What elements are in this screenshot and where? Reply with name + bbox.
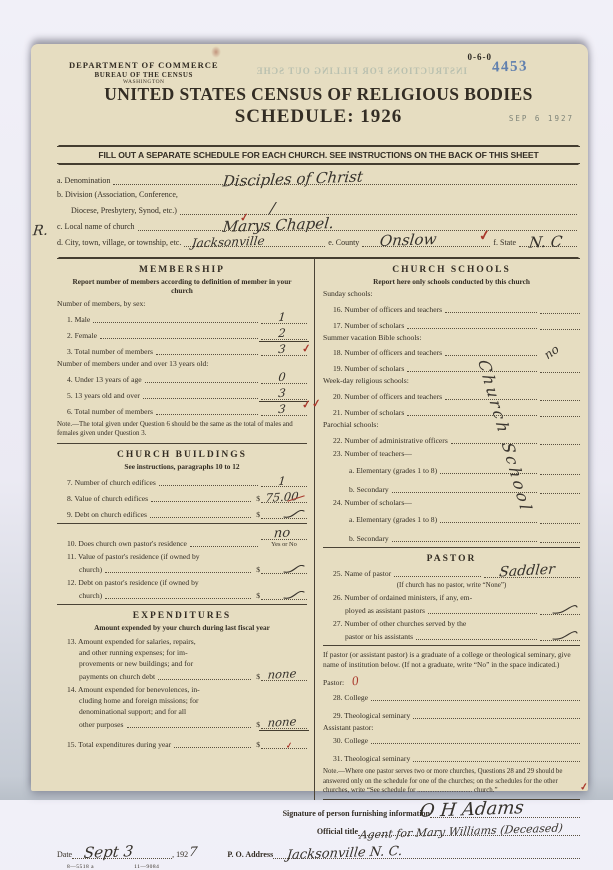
- form-subtitle: SCHEDULE: 1926: [57, 106, 580, 128]
- question-label: 28. College: [333, 693, 368, 702]
- answer-line: / ✓: [180, 204, 577, 215]
- dotted-leader: [174, 746, 251, 748]
- buildings-subtitle: See instructions, paragraphs 10 to 12: [63, 462, 301, 471]
- group-heading: Sunday schools:: [323, 289, 580, 298]
- answer-line: Disciples of Christ: [113, 174, 577, 185]
- question-row-24b: b. Secondary: [323, 531, 580, 543]
- dollar-sign: $: [256, 565, 260, 574]
- question-label: 4. Under 13 years of age: [67, 375, 142, 384]
- question-label: church): [79, 591, 102, 600]
- question-label: other purposes: [79, 720, 124, 729]
- question-label: 9. Debt on church edifices: [67, 510, 147, 519]
- answer-cell: ✓: [261, 737, 307, 749]
- handwritten-answer: 3: [277, 344, 285, 356]
- question-row-21: 21. Number of scholars: [323, 405, 580, 417]
- dotted-leader: [145, 381, 258, 383]
- question-label: 16. Number of officers and teachers: [333, 305, 442, 314]
- field-division: b. Division (Association, Conference,: [57, 190, 580, 199]
- question-label: 20. Number of officers and teachers: [333, 392, 442, 401]
- question-row-3: 3. Total number of members 3 ✓: [57, 344, 307, 356]
- answer-cell: [540, 629, 580, 641]
- question-24-label: 24. Number of scholars—: [323, 497, 580, 508]
- form-columns: MEMBERSHIP Report number of members acco…: [57, 258, 580, 800]
- section-divider: [57, 604, 307, 605]
- question-row-1: 1. Male 1: [57, 312, 307, 324]
- question-row-23b: b. Secondary: [323, 482, 580, 494]
- graduate-instructions: If pastor (or assistant pastor) is a gra…: [323, 650, 580, 670]
- question-row-18: 18. Number of officers and teachers no: [323, 346, 580, 357]
- handwritten-answer: no: [273, 527, 290, 541]
- answer-cell: [540, 361, 580, 373]
- question-label: 22. Number of administrative officers: [333, 436, 448, 445]
- answer-cell: none: [261, 717, 307, 729]
- dotted-leader: [392, 540, 537, 542]
- answer-cell: [540, 482, 580, 494]
- dotted-leader: [407, 370, 537, 372]
- section-divider: [323, 645, 580, 646]
- field-label: a. Denomination: [57, 176, 110, 185]
- question-label: 10. Does church own pastor's residence: [67, 539, 187, 548]
- question-row-25: 25. Name of pastor Saddler: [323, 566, 580, 578]
- handwritten-church-name: Marys Chapel.: [221, 216, 334, 235]
- red-check-icon: ✓: [301, 343, 312, 355]
- question-12-line1: 12. Debt on pastor's residence (if owned…: [57, 577, 307, 588]
- answer-cell: [540, 318, 580, 330]
- handwritten-answer: 1: [277, 312, 285, 324]
- pastor-sub-label: Pastor: 0: [323, 673, 580, 689]
- question-label: 19. Number of scholars: [333, 364, 404, 373]
- handwritten-county: Onslow: [379, 232, 437, 249]
- field-city-county-state: d. City, town, village, or township, etc…: [57, 236, 580, 247]
- handwritten-answer: none: [267, 716, 297, 729]
- question-row-4: 4. Under 13 years of age 0: [57, 372, 307, 384]
- field-label: b. Division (Association, Conference,: [57, 190, 178, 199]
- answer-cell: [540, 405, 580, 417]
- question-label: 8. Value of church edifices: [67, 494, 148, 503]
- identification-section: R. a. Denomination Disciples of Christ b…: [57, 164, 580, 256]
- red-check-icon: ✓: [301, 399, 312, 411]
- field-label: d. City, town, village, or township, etc…: [57, 238, 181, 247]
- question-row-17: 17. Number of scholars: [323, 318, 580, 330]
- answer-cell: 0: [261, 372, 307, 384]
- question-label: 29. Theological seminary: [333, 711, 410, 720]
- question-row-7: 7. Number of church edifices 1: [57, 475, 307, 487]
- answer-cell: [540, 603, 580, 615]
- question-row-16: 16. Number of officers and teachers: [323, 302, 580, 314]
- question-label: 25. Name of pastor: [333, 569, 391, 578]
- dotted-leader: [428, 612, 537, 614]
- red-zero-mark: 0: [351, 673, 359, 690]
- serial-number-stamp: 4453: [492, 58, 529, 76]
- question-row-28: 28. College: [323, 693, 580, 702]
- answer-cell: 3: [261, 388, 307, 400]
- pastor-note: Note.—Where one pastor serves two or mor…: [323, 767, 580, 795]
- dotted-leader: [416, 638, 537, 640]
- answer-cell: 3 ✓ ✓: [261, 404, 307, 416]
- dollar-sign: $: [256, 494, 260, 503]
- question-row-15: 15. Total expenditures during year $ ✓: [57, 737, 307, 749]
- group-heading: Summer vacation Bible schools:: [323, 333, 580, 342]
- group-heading: Number of members under and over 13 year…: [57, 359, 307, 368]
- field-label: Diocese, Presbytery, Synod, etc.): [71, 206, 177, 215]
- dotted-leader: [156, 413, 258, 415]
- handwritten-division: /: [269, 201, 276, 216]
- dotted-leader: [105, 571, 251, 573]
- question-row-23a: a. Elementary (grades 1 to 8): [323, 463, 580, 475]
- dotted-leader: [159, 484, 258, 486]
- question-row-22: 22. Number of administrative officers: [323, 433, 580, 445]
- question-11-line1: 11. Value of pastor's residence (if owne…: [57, 551, 307, 562]
- handwritten-denomination: Disciples of Christ: [222, 170, 364, 190]
- buildings-title: CHURCH BUILDINGS: [57, 450, 307, 460]
- answer-cell: [540, 531, 580, 543]
- question-label: b. Secondary: [349, 534, 389, 543]
- question-label: b. Secondary: [349, 485, 389, 494]
- question-label: 1. Male: [67, 315, 90, 324]
- dotted-leader: [371, 742, 580, 744]
- question-label: ployed as assistant pastors: [345, 606, 425, 615]
- question-11-line2: church) $: [57, 562, 307, 574]
- handwritten-answer: 2: [277, 328, 285, 340]
- field-label: e. County: [328, 238, 359, 247]
- section-divider: [57, 443, 307, 444]
- dotted-leader: [394, 575, 481, 577]
- question-label: 3. Total number of members: [67, 347, 153, 356]
- dotted-leader: [445, 311, 537, 313]
- dollar-sign: $: [256, 510, 260, 519]
- question-row-24a: a. Elementary (grades 1 to 8): [323, 512, 580, 524]
- dotted-leader: [371, 699, 580, 701]
- pastor-label: Pastor:: [323, 678, 344, 687]
- answer-line: N. C: [519, 236, 577, 247]
- dotted-leader: [440, 521, 537, 523]
- left-column: MEMBERSHIP Report number of members acco…: [57, 259, 315, 800]
- dotted-leader: [150, 516, 251, 518]
- question-row-8: 8. Value of church edifices $ 75.00: [57, 491, 307, 503]
- bleed-through-text: INSTRUCTIONS FOR FILLING OUT SCHE: [207, 66, 467, 76]
- census-form-paper: INSTRUCTIONS FOR FILLING OUT SCHE DEPART…: [31, 44, 588, 791]
- dotted-leader: [156, 353, 258, 355]
- assistant-pastor-label: Assistant pastor:: [323, 723, 580, 732]
- dotted-leader: [127, 726, 252, 728]
- handwritten-city: Jacksonville: [192, 235, 266, 250]
- dotted-leader: [407, 414, 537, 416]
- answer-line: Marys Chapel.: [138, 220, 577, 231]
- agency-bureau: BUREAU OF THE CENSUS: [69, 71, 219, 80]
- field-denomination: a. Denomination Disciples of Christ: [57, 174, 580, 185]
- membership-title: MEMBERSHIP: [57, 265, 307, 275]
- question-label: church): [79, 565, 102, 574]
- red-tick-icon: ✓: [286, 741, 294, 750]
- question-row-5: 5. 13 years old and over 3: [57, 388, 307, 400]
- answer-cell: [261, 562, 307, 574]
- question-14-line2: cluding home and foreign missions; for: [57, 695, 307, 706]
- question-label: 30. College: [333, 736, 368, 745]
- dotted-leader: [158, 678, 251, 680]
- answer-cell: 3 ✓: [261, 344, 307, 356]
- membership-subtitle: Report number of members according to de…: [63, 277, 301, 296]
- dotted-leader: [143, 397, 258, 399]
- question-row-20: 20. Number of officers and teachers: [323, 389, 580, 401]
- answer-cell: no: [261, 528, 307, 540]
- question-label: 2. Female: [67, 331, 97, 340]
- dollar-sign: $: [256, 740, 260, 749]
- question-27-line2: pastor or his assistants: [323, 629, 580, 641]
- answer-line: Jacksonville: [184, 236, 325, 247]
- dotted-leader: [100, 337, 258, 339]
- question-label: payments on church debt: [79, 672, 155, 681]
- question-row-31: 31. Theological seminary: [323, 754, 580, 763]
- answer-cell: [540, 433, 580, 445]
- question-14-line4: other purposes $ none: [57, 717, 307, 729]
- question-row-10: 10. Does church own pastor's residence n…: [57, 528, 307, 548]
- agency-name: DEPARTMENT OF COMMERCE: [69, 60, 219, 71]
- question-26-line1: 26. Number of ordained ministers, if any…: [323, 592, 580, 603]
- question-label: a. Elementary (grades 1 to 8): [349, 466, 437, 475]
- question-label: 6. Total number of members: [67, 407, 153, 416]
- answer-cell: [540, 302, 580, 314]
- pastor-note-text: Note.—Where one pastor serves two or mor…: [323, 768, 562, 794]
- schools-title: CHURCH SCHOOLS: [323, 265, 580, 275]
- question-13-line2: and other running expenses; for im-: [57, 647, 307, 658]
- pen-check-stroke-icon: [552, 631, 578, 640]
- group-heading: Number of members, by sex:: [57, 299, 307, 308]
- question-row-30: 30. College: [323, 736, 580, 745]
- answer-line: Onslow ✓: [362, 236, 490, 247]
- question-label: 31. Theological seminary: [333, 754, 410, 763]
- section-divider: [57, 523, 307, 524]
- expenditures-subtitle: Amount expended by your church during la…: [63, 623, 301, 632]
- pen-check-stroke-icon: [283, 510, 305, 518]
- agency-block: DEPARTMENT OF COMMERCE BUREAU OF THE CEN…: [69, 60, 219, 86]
- question-label: 15. Total expenditures during year: [67, 740, 171, 749]
- answer-cell: [540, 463, 580, 475]
- pastor-hint: (If church has no pastor, write “None”): [323, 581, 580, 589]
- dotted-leader: [413, 717, 580, 719]
- field-label: c. Local name of church: [57, 222, 135, 231]
- dotted-leader: [445, 354, 537, 356]
- question-14-line1: 14. Amount expended for benevolences, in…: [57, 684, 307, 695]
- question-27-line1: 27. Number of other churches served by t…: [323, 618, 580, 629]
- yes-no-answer: no Yes or No: [261, 528, 307, 548]
- yes-or-no-hint: Yes or No: [261, 541, 307, 548]
- received-date-stamp: SEP 6 1927: [509, 114, 574, 123]
- red-check-icon: ✓: [478, 229, 492, 244]
- dotted-leader: [105, 597, 251, 599]
- question-label: 21. Number of scholars: [333, 408, 404, 417]
- answer-cell: Saddler: [484, 566, 580, 578]
- pen-check-stroke-icon: [283, 591, 305, 599]
- question-row-19: 19. Number of scholars: [323, 361, 580, 373]
- dollar-sign: $: [256, 591, 260, 600]
- handwritten-answer: 3: [277, 404, 285, 416]
- section-divider: [323, 547, 580, 548]
- form-title: UNITED STATES CENSUS OF RELIGIOUS BODIES: [57, 84, 580, 105]
- pen-check-stroke-icon: [283, 565, 305, 573]
- question-label: 17. Number of scholars: [333, 321, 404, 330]
- handwritten-answer: 75.00: [265, 491, 299, 504]
- question-26-line2: ployed as assistant pastors: [323, 603, 580, 615]
- question-label: 5. 13 years old and over: [67, 391, 140, 400]
- question-12-line2: church) $: [57, 588, 307, 600]
- answer-cell: 1: [261, 312, 307, 324]
- expenditures-title: EXPENDITURES: [57, 611, 307, 621]
- question-23-label: 23. Number of teachers—: [323, 448, 580, 459]
- group-heading: Week-day religious schools:: [323, 376, 580, 385]
- question-row-29: 29. Theological seminary: [323, 711, 580, 720]
- dotted-leader: [407, 327, 537, 329]
- handwritten-answer: 3: [277, 388, 285, 400]
- dotted-leader: [93, 321, 258, 323]
- answer-cell: [540, 389, 580, 401]
- question-row-9: 9. Debt on church edifices $: [57, 507, 307, 519]
- answer-cell: 2: [261, 328, 307, 340]
- answer-cell: 75.00: [261, 491, 307, 503]
- field-label: f. State: [493, 238, 516, 247]
- handwritten-answer: no: [542, 343, 561, 361]
- handwritten-state: N. C: [528, 234, 563, 250]
- membership-note: Note.—The total given under Question 6 s…: [57, 420, 307, 439]
- dotted-leader: [151, 500, 251, 502]
- answer-cell: none: [261, 669, 307, 681]
- right-column: Church School CHURCH SCHOOLS Report here…: [315, 259, 580, 800]
- field-division-line2: Diocese, Presbytery, Synod, etc.) / ✓: [71, 204, 580, 215]
- group-heading: Parochial schools:: [323, 420, 580, 429]
- instruction-banner: FILL OUT A SEPARATE SCHEDULE FOR EACH CH…: [57, 146, 580, 164]
- red-check-icon: ✓: [579, 783, 589, 794]
- question-row-2: 2. Female 2: [57, 328, 307, 340]
- handwritten-answer: none: [267, 668, 297, 681]
- question-label: a. Elementary (grades 1 to 8): [349, 515, 437, 524]
- schools-subtitle: Report here only schools conducted by th…: [329, 277, 574, 286]
- pen-check-stroke-icon: [552, 605, 578, 614]
- form-header: INSTRUCTIONS FOR FILLING OUT SCHE DEPART…: [57, 50, 580, 144]
- dotted-leader: [451, 442, 537, 444]
- answer-cell: [261, 588, 307, 600]
- question-13-line1: 13. Amount expended for salaries, repair…: [57, 636, 307, 647]
- question-row-6: 6. Total number of members 3 ✓ ✓: [57, 404, 307, 416]
- handwritten-answer: 1: [277, 475, 285, 487]
- answer-cell: no: [540, 346, 580, 357]
- dollar-sign: $: [256, 720, 260, 729]
- question-label: 7. Number of church edifices: [67, 478, 156, 487]
- field-local-name: c. Local name of church Marys Chapel.: [57, 220, 580, 231]
- dotted-leader: [413, 760, 580, 762]
- margin-annotation: R.: [32, 224, 49, 239]
- answer-cell: [540, 512, 580, 524]
- question-label: 18. Number of officers and teachers: [333, 348, 442, 357]
- handwritten-code: 0-6-0: [468, 52, 493, 62]
- dotted-leader: [190, 545, 258, 547]
- answer-cell: [261, 507, 307, 519]
- question-13-line4: payments on church debt $ none: [57, 669, 307, 681]
- question-label: pastor or his assistants: [345, 632, 413, 641]
- dollar-sign: $: [256, 672, 260, 681]
- answer-cell: 1: [261, 475, 307, 487]
- handwritten-answer: 0: [277, 372, 285, 384]
- handwritten-pastor-name: Saddler: [499, 563, 556, 580]
